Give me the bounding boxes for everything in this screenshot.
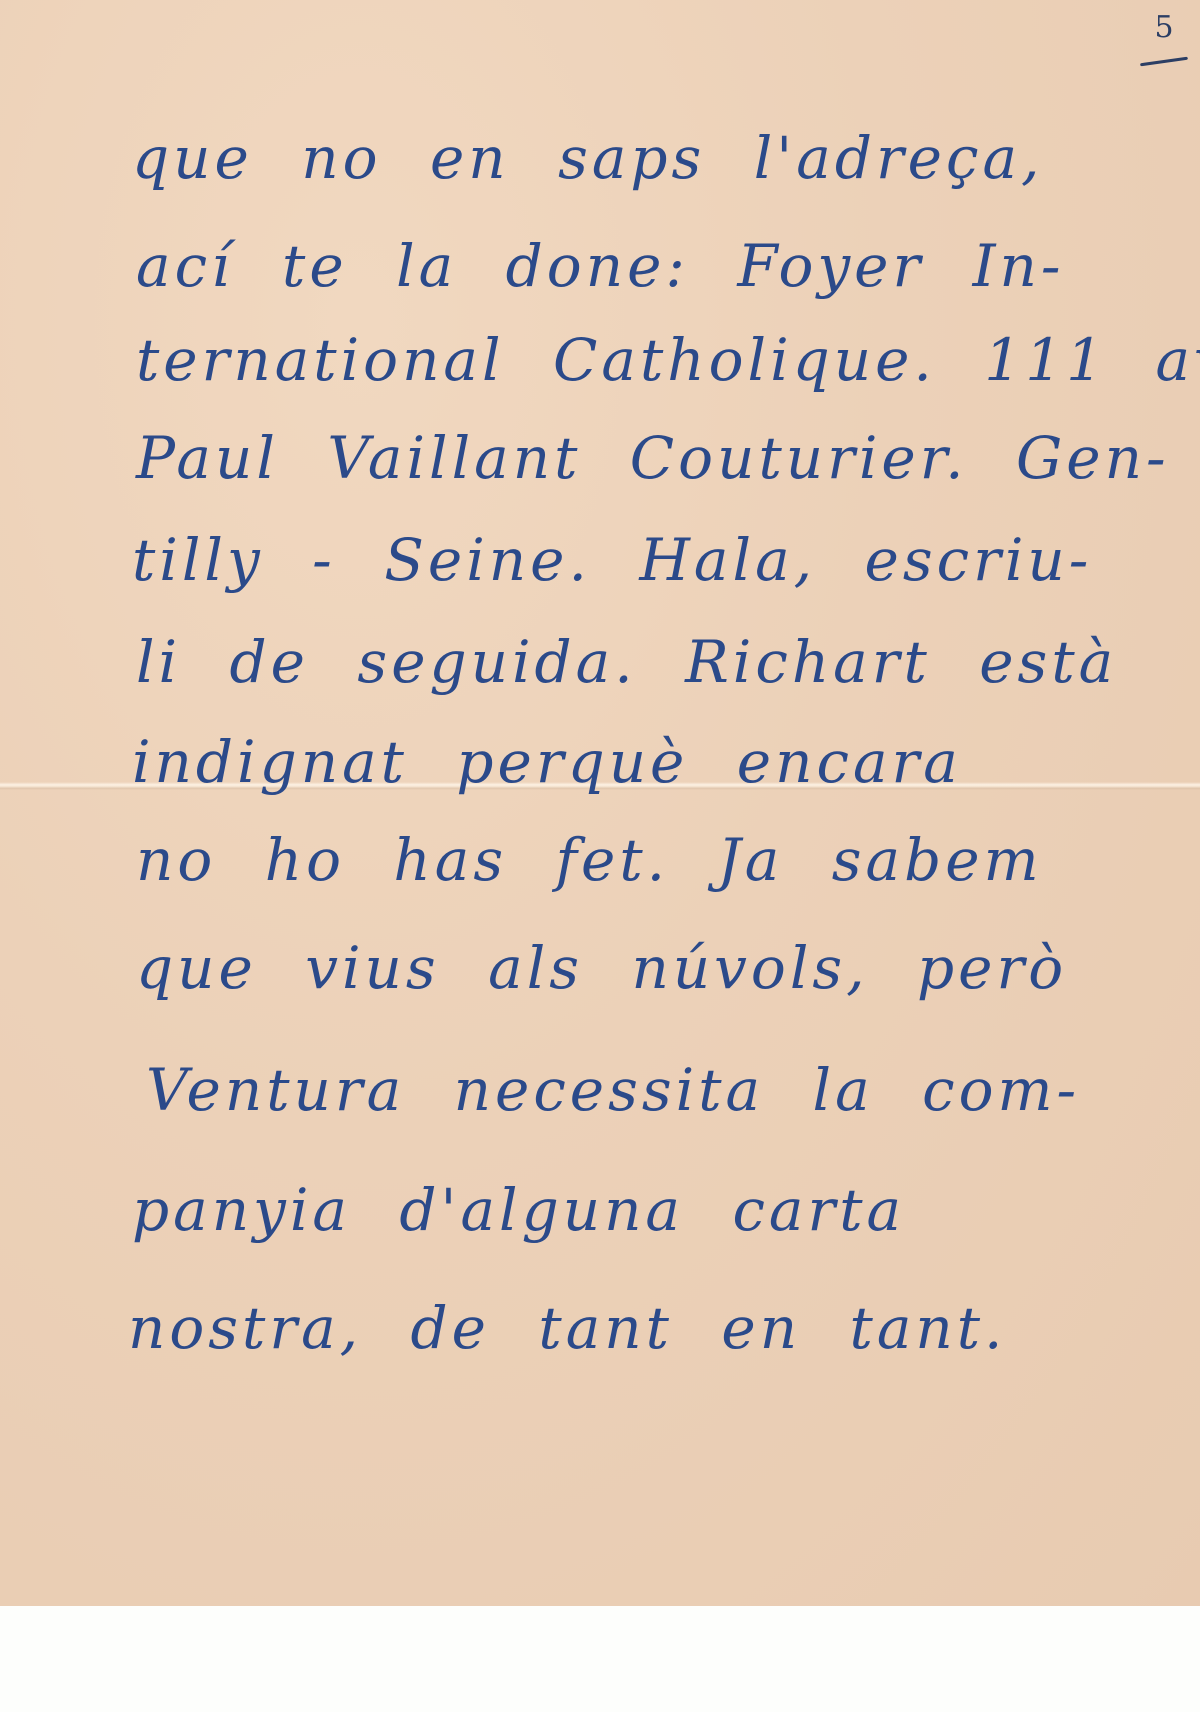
page-number: 5 bbox=[1136, 8, 1192, 48]
handwritten-line-5: tilly - Seine. Hala, escriu- bbox=[132, 520, 1092, 600]
handwritten-line-11: panyia d'alguna carta bbox=[132, 1170, 905, 1250]
handwritten-line-4: Paul Vaillant Couturier. Gen- bbox=[136, 418, 1170, 498]
letter-page: 5 que no en saps l'adreça, ací te la don… bbox=[0, 0, 1200, 1606]
handwritten-line-2: ací te la done: Foyer In- bbox=[136, 226, 1065, 306]
handwritten-line-12: nostra, de tant en tant. bbox=[128, 1288, 1007, 1368]
handwritten-line-10: Ventura necessita la com- bbox=[146, 1050, 1080, 1130]
handwritten-line-1: que no en saps l'adreça, bbox=[132, 118, 1044, 198]
handwritten-line-9: que vius als núvols, però bbox=[136, 928, 1067, 1008]
handwritten-line-6: li de seguida. Richart està bbox=[136, 622, 1117, 702]
handwritten-line-7: indignat perquè encara bbox=[132, 722, 962, 802]
page-number-underline bbox=[1140, 57, 1188, 67]
scan-background bbox=[0, 1606, 1200, 1712]
handwritten-line-3: ternational Catholique. 111 av. bbox=[136, 320, 1200, 400]
handwritten-line-8: no ho has fet. Ja sabem bbox=[136, 820, 1043, 900]
